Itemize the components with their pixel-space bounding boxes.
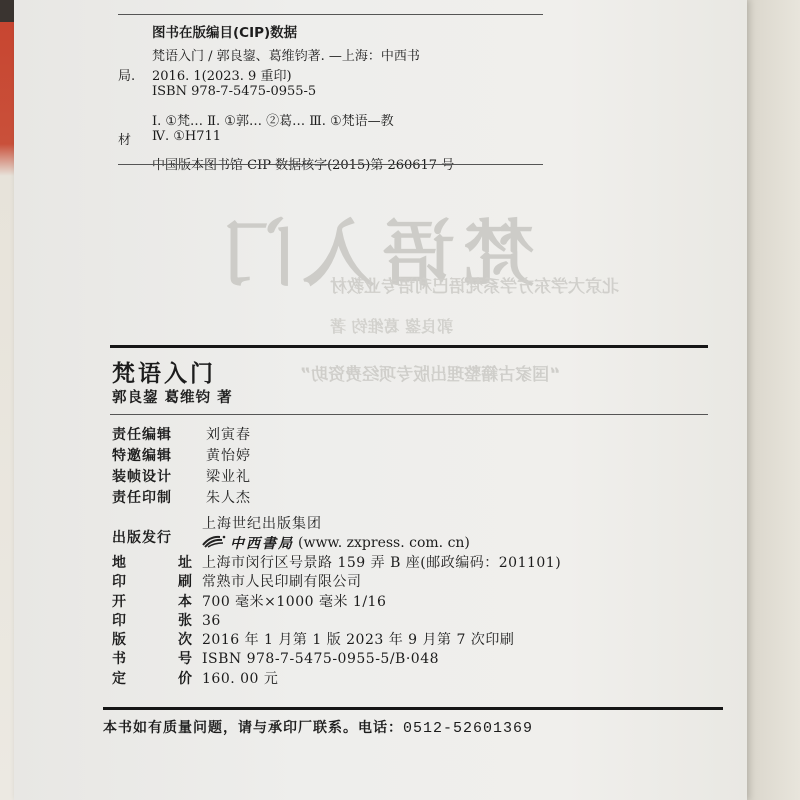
- spec-label-char: 印: [112, 573, 126, 592]
- cip-isbn: ISBN 978-7-5475-0955-5: [152, 84, 316, 99]
- cip-classification: Ⅰ. ①梵… Ⅱ. ①郭… ②葛… Ⅲ. ①梵语—教: [152, 110, 394, 129]
- quality-notice: 本书如有质量问题，请与承印厂联系。电话：0512-52601369: [103, 717, 533, 737]
- zhongxi-swirl-logo-icon: [202, 534, 226, 552]
- spec-label: 开本: [112, 593, 202, 612]
- spec-value: ISBN 978-7-5475-0955-5/B·048: [202, 650, 439, 669]
- credit-value: 梁业礼: [206, 467, 251, 488]
- cip-line-2: 2016. 1(2023. 9 重印): [152, 65, 292, 84]
- title-top-rule: [110, 345, 708, 348]
- credit-value: 朱人杰: [206, 488, 251, 509]
- page-stack-edge: [740, 0, 800, 800]
- publisher-website: (www. zxpress. com. cn): [298, 535, 470, 551]
- credit-label: 特邀编辑: [112, 446, 206, 467]
- credit-row: 责任编辑 刘寅春: [112, 425, 251, 446]
- publisher-imprint-line: 中西書局 (www. zxpress. com. cn): [202, 533, 470, 553]
- book-title: 梵语入门: [112, 355, 216, 388]
- cip-line-2-hang: 局.: [118, 65, 135, 84]
- credit-value: 黄怡婷: [206, 446, 251, 467]
- cip-bottom-rule: [118, 164, 543, 165]
- spec-label-char: 址: [178, 554, 192, 573]
- spec-label-char: 次: [178, 631, 192, 650]
- adjacent-book-corner: [0, 0, 14, 22]
- spec-label-char: 版: [112, 631, 126, 650]
- credit-label: 责任编辑: [112, 425, 206, 446]
- spec-row-isbn: 书号 ISBN 978-7-5475-0955-5/B·048: [112, 650, 561, 669]
- cip-line-1: 梵语入门 / 郭良鋆、葛维钧著. —上海：中西书: [152, 45, 420, 64]
- cip-line-5-hang: 材: [118, 129, 131, 148]
- title-bottom-rule: [110, 414, 708, 415]
- credit-row: 特邀编辑 黄怡婷: [112, 446, 251, 467]
- spec-label: 书号: [112, 650, 202, 669]
- spec-label-char: 地: [112, 554, 126, 573]
- credit-row: 装帧设计 梁业礼: [112, 467, 251, 488]
- printer-phone: 0512-52601369: [403, 720, 533, 737]
- spec-value: 常熟市人民印刷有限公司: [202, 573, 362, 592]
- spec-label-char: 印: [112, 612, 126, 631]
- spec-row-edition: 版次 2016 年 1 月第 1 版 2023 年 9 月第 7 次印刷: [112, 631, 561, 650]
- publisher-group: 上海世纪出版集团: [202, 513, 322, 533]
- spec-value: 160. 00 元: [202, 670, 278, 689]
- spec-label-char: 定: [112, 670, 126, 689]
- publisher-label: 出版发行: [112, 527, 202, 547]
- bleed-through-subtitle: 北京大学东方学系梵语巴利语专业教材: [330, 272, 619, 297]
- spec-label-char: 开: [112, 593, 126, 612]
- cip-top-rule: [118, 14, 543, 15]
- spec-label-char: 刷: [178, 573, 192, 592]
- bleed-through-authors: 郭良鋆 葛维钧 著: [330, 314, 453, 337]
- spec-row-price: 定价 160. 00 元: [112, 670, 561, 689]
- spec-row-printer: 印刷 常熟市人民印刷有限公司: [112, 573, 561, 592]
- credit-label: 装帧设计: [112, 467, 206, 488]
- spec-label: 地址: [112, 554, 202, 573]
- credit-row: 责任印制 朱人杰: [112, 488, 251, 509]
- spec-label-char: 书: [112, 650, 126, 669]
- spec-label: 定价: [112, 670, 202, 689]
- spec-label-char: 号: [178, 650, 192, 669]
- footer-rule: [103, 707, 723, 710]
- spec-label: 印刷: [112, 573, 202, 592]
- spec-label-char: 本: [178, 593, 192, 612]
- spec-value: 700 毫米×1000 毫米 1/16: [202, 593, 386, 612]
- cip-line-5: Ⅳ. ①H711: [152, 129, 221, 144]
- editorial-credits: 责任编辑 刘寅春 特邀编辑 黄怡婷 装帧设计 梁业礼 责任印制 朱人杰: [112, 425, 251, 509]
- spec-label: 印张: [112, 612, 202, 631]
- spec-row-address: 地址 上海市闵行区号景路 159 弄 B 座(邮政编码：201101): [112, 554, 561, 573]
- publication-specs: 地址 上海市闵行区号景路 159 弄 B 座(邮政编码：201101) 印刷 常…: [112, 554, 561, 689]
- credit-value: 刘寅春: [206, 425, 251, 446]
- quality-notice-text: 本书如有质量问题，请与承印厂联系。电话：: [103, 720, 403, 736]
- spec-value: 2016 年 1 月第 1 版 2023 年 9 月第 7 次印刷: [202, 631, 514, 650]
- book-authors: 郭良鋆 葛维钧 著: [112, 386, 233, 407]
- spec-label-char: 张: [178, 612, 192, 631]
- bleed-through-quote: “国家古籍整理出版专项经费资助”: [300, 360, 560, 385]
- spec-value: 上海市闵行区号景路 159 弄 B 座(邮政编码：201101): [202, 554, 561, 573]
- credit-label: 责任印制: [112, 488, 206, 509]
- spec-row-format: 开本 700 毫米×1000 毫米 1/16: [112, 593, 561, 612]
- spec-value: 36: [202, 612, 221, 631]
- spec-label-char: 价: [178, 670, 192, 689]
- publisher-imprint: 中西書局: [230, 533, 294, 553]
- spec-label: 版次: [112, 631, 202, 650]
- spec-row-sheets: 印张 36: [112, 612, 561, 631]
- cip-heading: 图书在版编目(CIP)数据: [152, 21, 297, 41]
